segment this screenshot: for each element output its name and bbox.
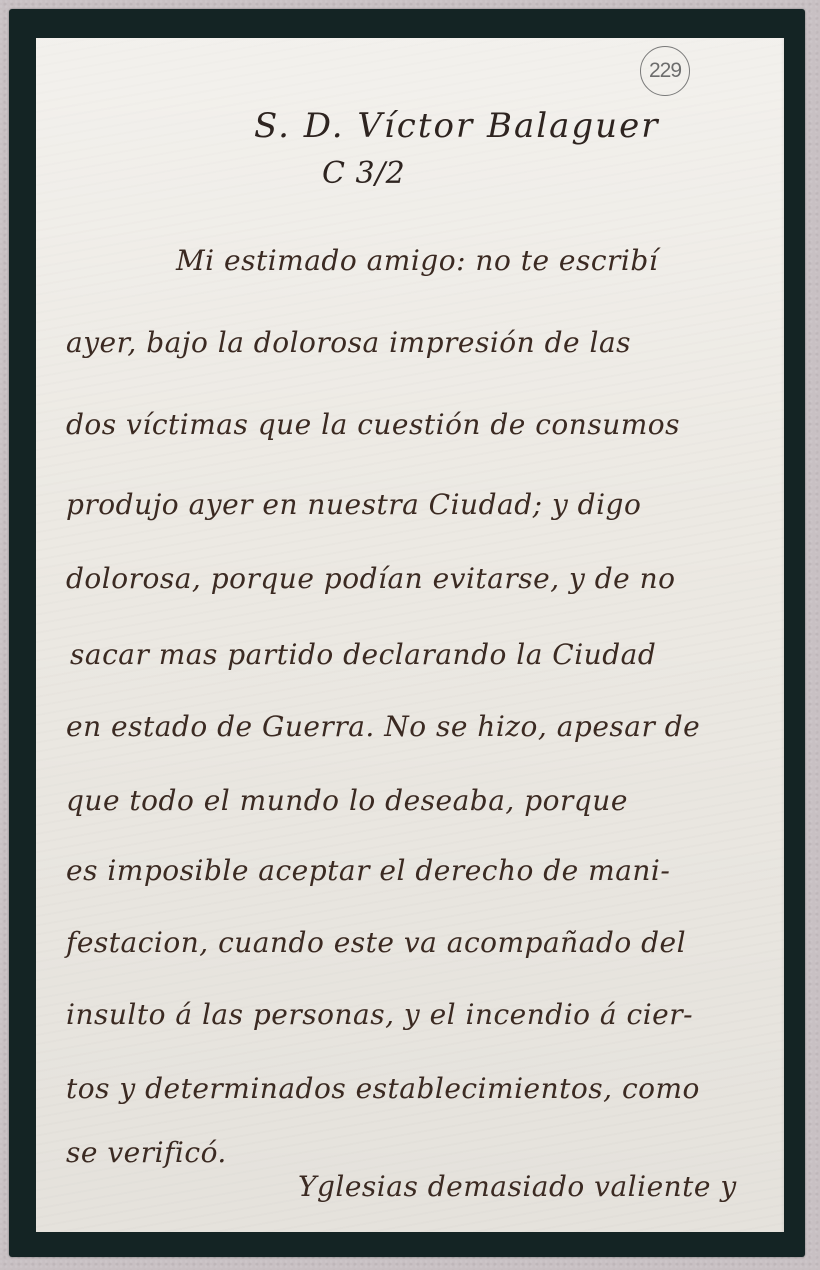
paper-edge-shadow (781, 38, 784, 1232)
letter-line: es imposible aceptar el derecho de mani- (66, 854, 670, 887)
letter-line: en estado de Guerra. No se hizo, apesar … (66, 710, 700, 743)
letter-line: se verificó. (66, 1136, 227, 1169)
letter-dateline: C 3/2 (322, 156, 405, 191)
letter-paper: 229 S. D. Víctor Balaguer C 3/2 Mi estim… (36, 38, 784, 1232)
letter-line: dos víctimas que la cuestión de consumos (66, 408, 680, 441)
archive-number-circled: 229 (640, 46, 690, 96)
letter-addressee: S. D. Víctor Balaguer (254, 106, 659, 146)
letter-line: tos y determinados establecimientos, com… (66, 1072, 700, 1105)
letter-line: produjo ayer en nuestra Ciudad; y digo (66, 488, 641, 521)
letter-line: sacar mas partido declarando la Ciudad (70, 638, 656, 671)
letter-line: festacion, cuando este va acompañado del (66, 926, 686, 959)
letter-line: Yglesias demasiado valiente y (298, 1170, 737, 1203)
letter-line: que todo el mundo lo deseaba, porque (66, 784, 628, 817)
letter-line: ayer, bajo la dolorosa impresión de las (66, 326, 631, 359)
letter-line: dolorosa, porque podían evitarse, y de n… (66, 562, 676, 595)
mourning-border-frame: 229 S. D. Víctor Balaguer C 3/2 Mi estim… (9, 9, 805, 1257)
letter-line: Mi estimado amigo: no te escribí (176, 244, 658, 277)
letter-line: insulto á las personas, y el incendio á … (66, 998, 693, 1031)
